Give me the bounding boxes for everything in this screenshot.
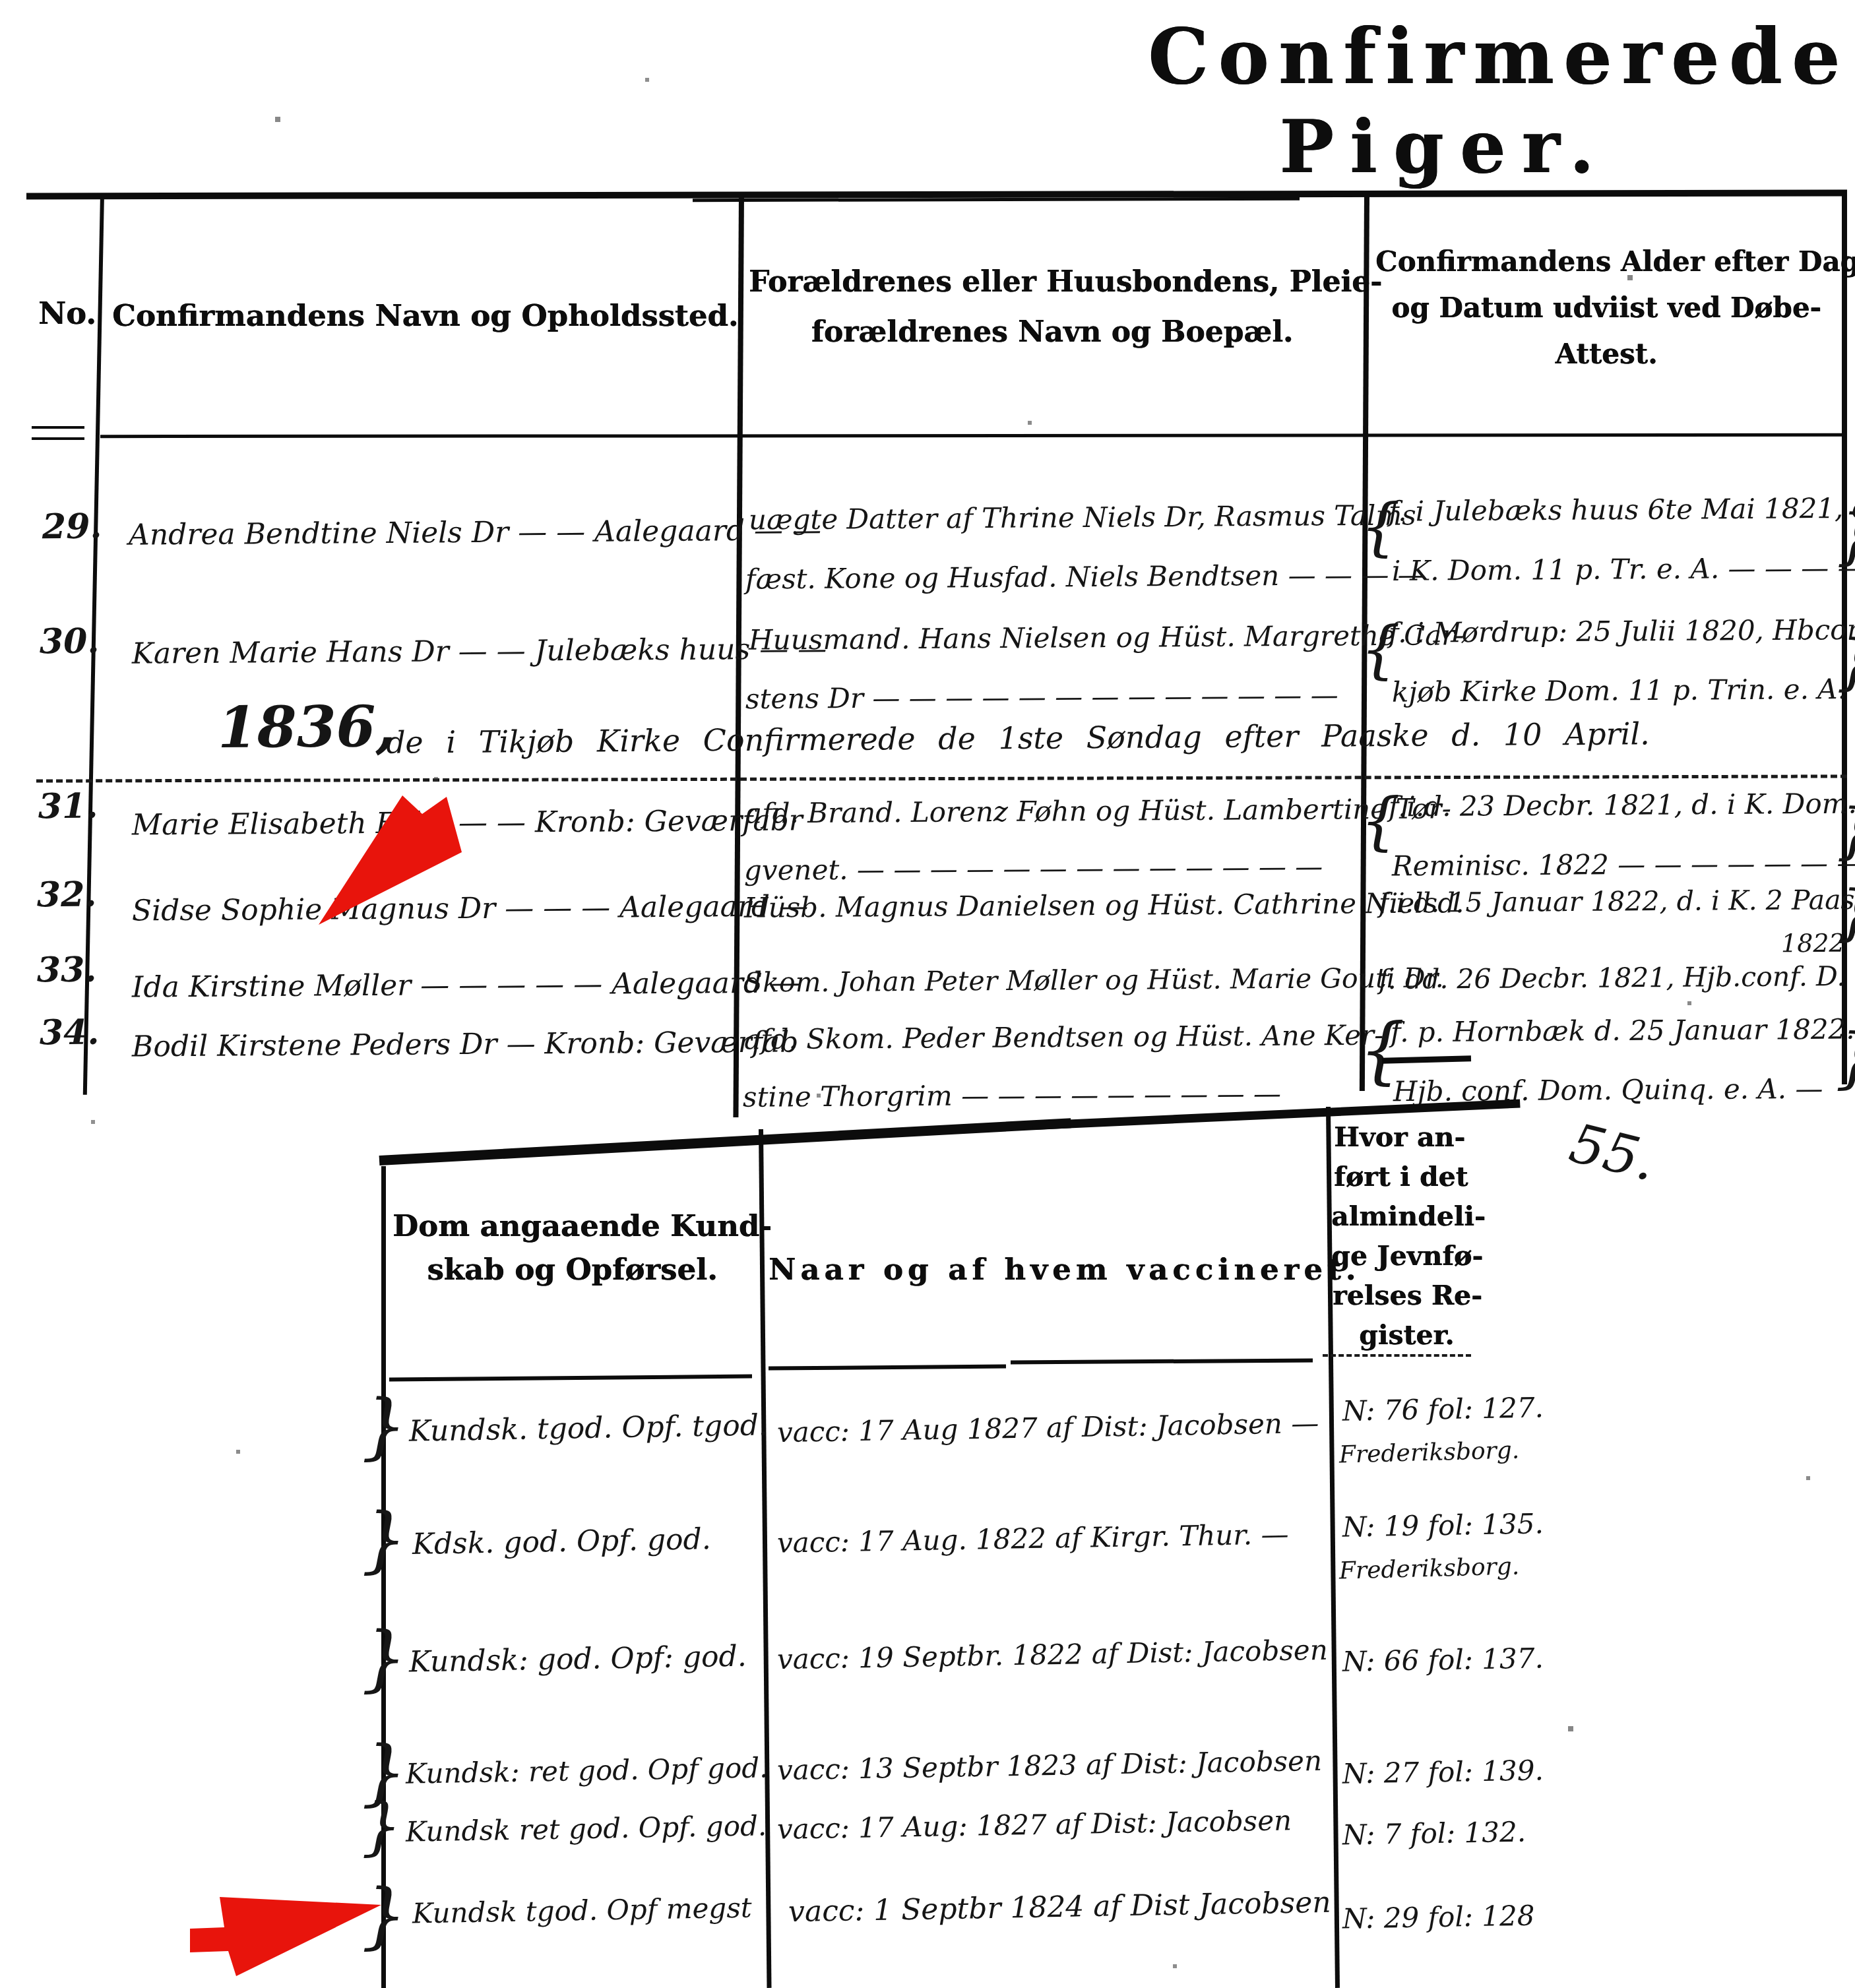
scanned-church-record-page: Confirmerede. Piger. No. Confirmandens N… xyxy=(0,0,1855,1988)
red-arrow-bottom-icon xyxy=(190,1897,381,1976)
scan-speckles xyxy=(0,0,1,1)
red-arrow-top-icon xyxy=(319,795,462,925)
annotation-overlay xyxy=(0,0,1855,1988)
